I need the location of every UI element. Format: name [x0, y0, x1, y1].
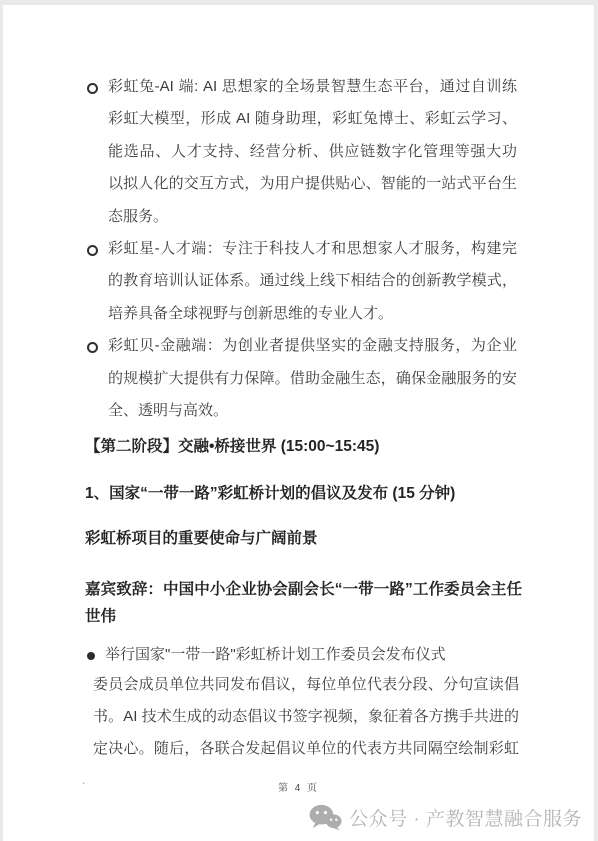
hollow-circle-icon — [87, 83, 98, 94]
document-page: 彩虹兔-AI 端: AI 思想家的全场景智慧生态平台，通过自训练的 彩虹大模型，… — [3, 5, 594, 841]
agenda-item-heading: 1、国家“一带一路”彩虹桥计划的倡议及发布 (15 分钟) — [85, 482, 455, 506]
text-line: 书。AI 技术生成的动态倡议书签字视频，象征着各方携手共进的坚 — [93, 701, 519, 733]
list-item: 彩虹星-人才端：专注于科技人才和思想家人才服务，构建完善 的教育培训认证体系。通… — [87, 233, 517, 330]
service-item-text: 彩虹贝-金融端：为创业者提供坚实的金融支持服务，为企业家 的规模扩大提供有力保障… — [108, 330, 517, 427]
text-line: 的规模扩大提供有力保障。借助金融生态，确保金融服务的安 — [108, 363, 517, 395]
event-description: 委员会成员单位共同发布倡议，每位单位代表分段、分句宣读倡议 书。AI 技术生成的… — [93, 669, 519, 766]
text-line: 嘉宾致辞：中国中小企业协会副会长“一带一路”工作委员会主任 商 — [85, 576, 522, 603]
text-line: 彩虹贝-金融端：为创业者提供坚实的金融支持服务，为企业家 — [108, 330, 517, 362]
list-item: 彩虹兔-AI 端: AI 思想家的全场景智慧生态平台，通过自训练的 彩虹大模型，… — [87, 71, 517, 233]
text-line: 彩虹大模型，形成 AI 随身助理，彩虹兔博士、彩虹云学习、智 — [108, 103, 517, 135]
wechat-icon — [309, 804, 342, 831]
text-line: 培养具备全球视野与创新思维的专业人才。 — [108, 298, 517, 330]
text-line: 全、透明与高效。 — [108, 395, 517, 427]
list-item: 彩虹贝-金融端：为创业者提供坚实的金融支持服务，为企业家 的规模扩大提供有力保障… — [87, 330, 517, 427]
hollow-circle-icon — [87, 342, 98, 353]
text-line: 能选品、人才支持、经营分析、供应链数字化管理等强大功能。 — [108, 136, 517, 168]
service-item-text: 彩虹星-人才端：专注于科技人才和思想家人才服务，构建完善 的教育培训认证体系。通… — [108, 233, 517, 330]
text-line: 以拟人化的交互方式，为用户提供贴心、智能的一站式平台生 — [108, 168, 517, 200]
text-line: 彩虹星-人才端：专注于科技人才和思想家人才服务，构建完善 — [108, 233, 517, 265]
text-line: 定决心。随后，各联合发起倡议单位的代表方共同隔空绘制彩虹桥 — [93, 733, 519, 765]
event-bullet-item: 举行国家"一带一路"彩虹桥计划工作委员会发布仪式 — [87, 642, 446, 668]
mission-heading: 彩虹桥项目的重要使命与广阔前景 — [85, 527, 318, 551]
text-line: 世伟 — [85, 603, 522, 630]
text-line: 委员会成员单位共同发布倡议，每位单位代表分段、分句宣读倡议 — [93, 669, 519, 701]
guest-speech-heading: 嘉宾致辞：中国中小企业协会副会长“一带一路”工作委员会主任 商 世伟 — [85, 576, 522, 631]
page-number: 第 4 页 — [3, 779, 594, 794]
filled-circle-icon — [87, 652, 95, 660]
service-bullet-list: 彩虹兔-AI 端: AI 思想家的全场景智慧生态平台，通过自训练的 彩虹大模型，… — [87, 71, 517, 427]
event-title: 举行国家"一带一路"彩虹桥计划工作委员会发布仪式 — [105, 642, 446, 668]
text-line: 的教育培训认证体系。通过线上线下相结合的创新教学模式， — [108, 265, 517, 297]
service-item-text: 彩虹兔-AI 端: AI 思想家的全场景智慧生态平台，通过自训练的 彩虹大模型，… — [108, 71, 517, 233]
watermark-text: 公众号 · 产教智慧融合服务 — [349, 804, 582, 831]
stage-heading: 【第二阶段】交融•桥接世界 (15:00~15:45) — [85, 435, 379, 459]
hollow-circle-icon — [87, 245, 98, 256]
text-line: 态服务。 — [108, 201, 517, 233]
text-line: 彩虹兔-AI 端: AI 思想家的全场景智慧生态平台，通过自训练的 — [108, 71, 517, 103]
watermark: 公众号 · 产教智慧融合服务 — [309, 804, 582, 831]
